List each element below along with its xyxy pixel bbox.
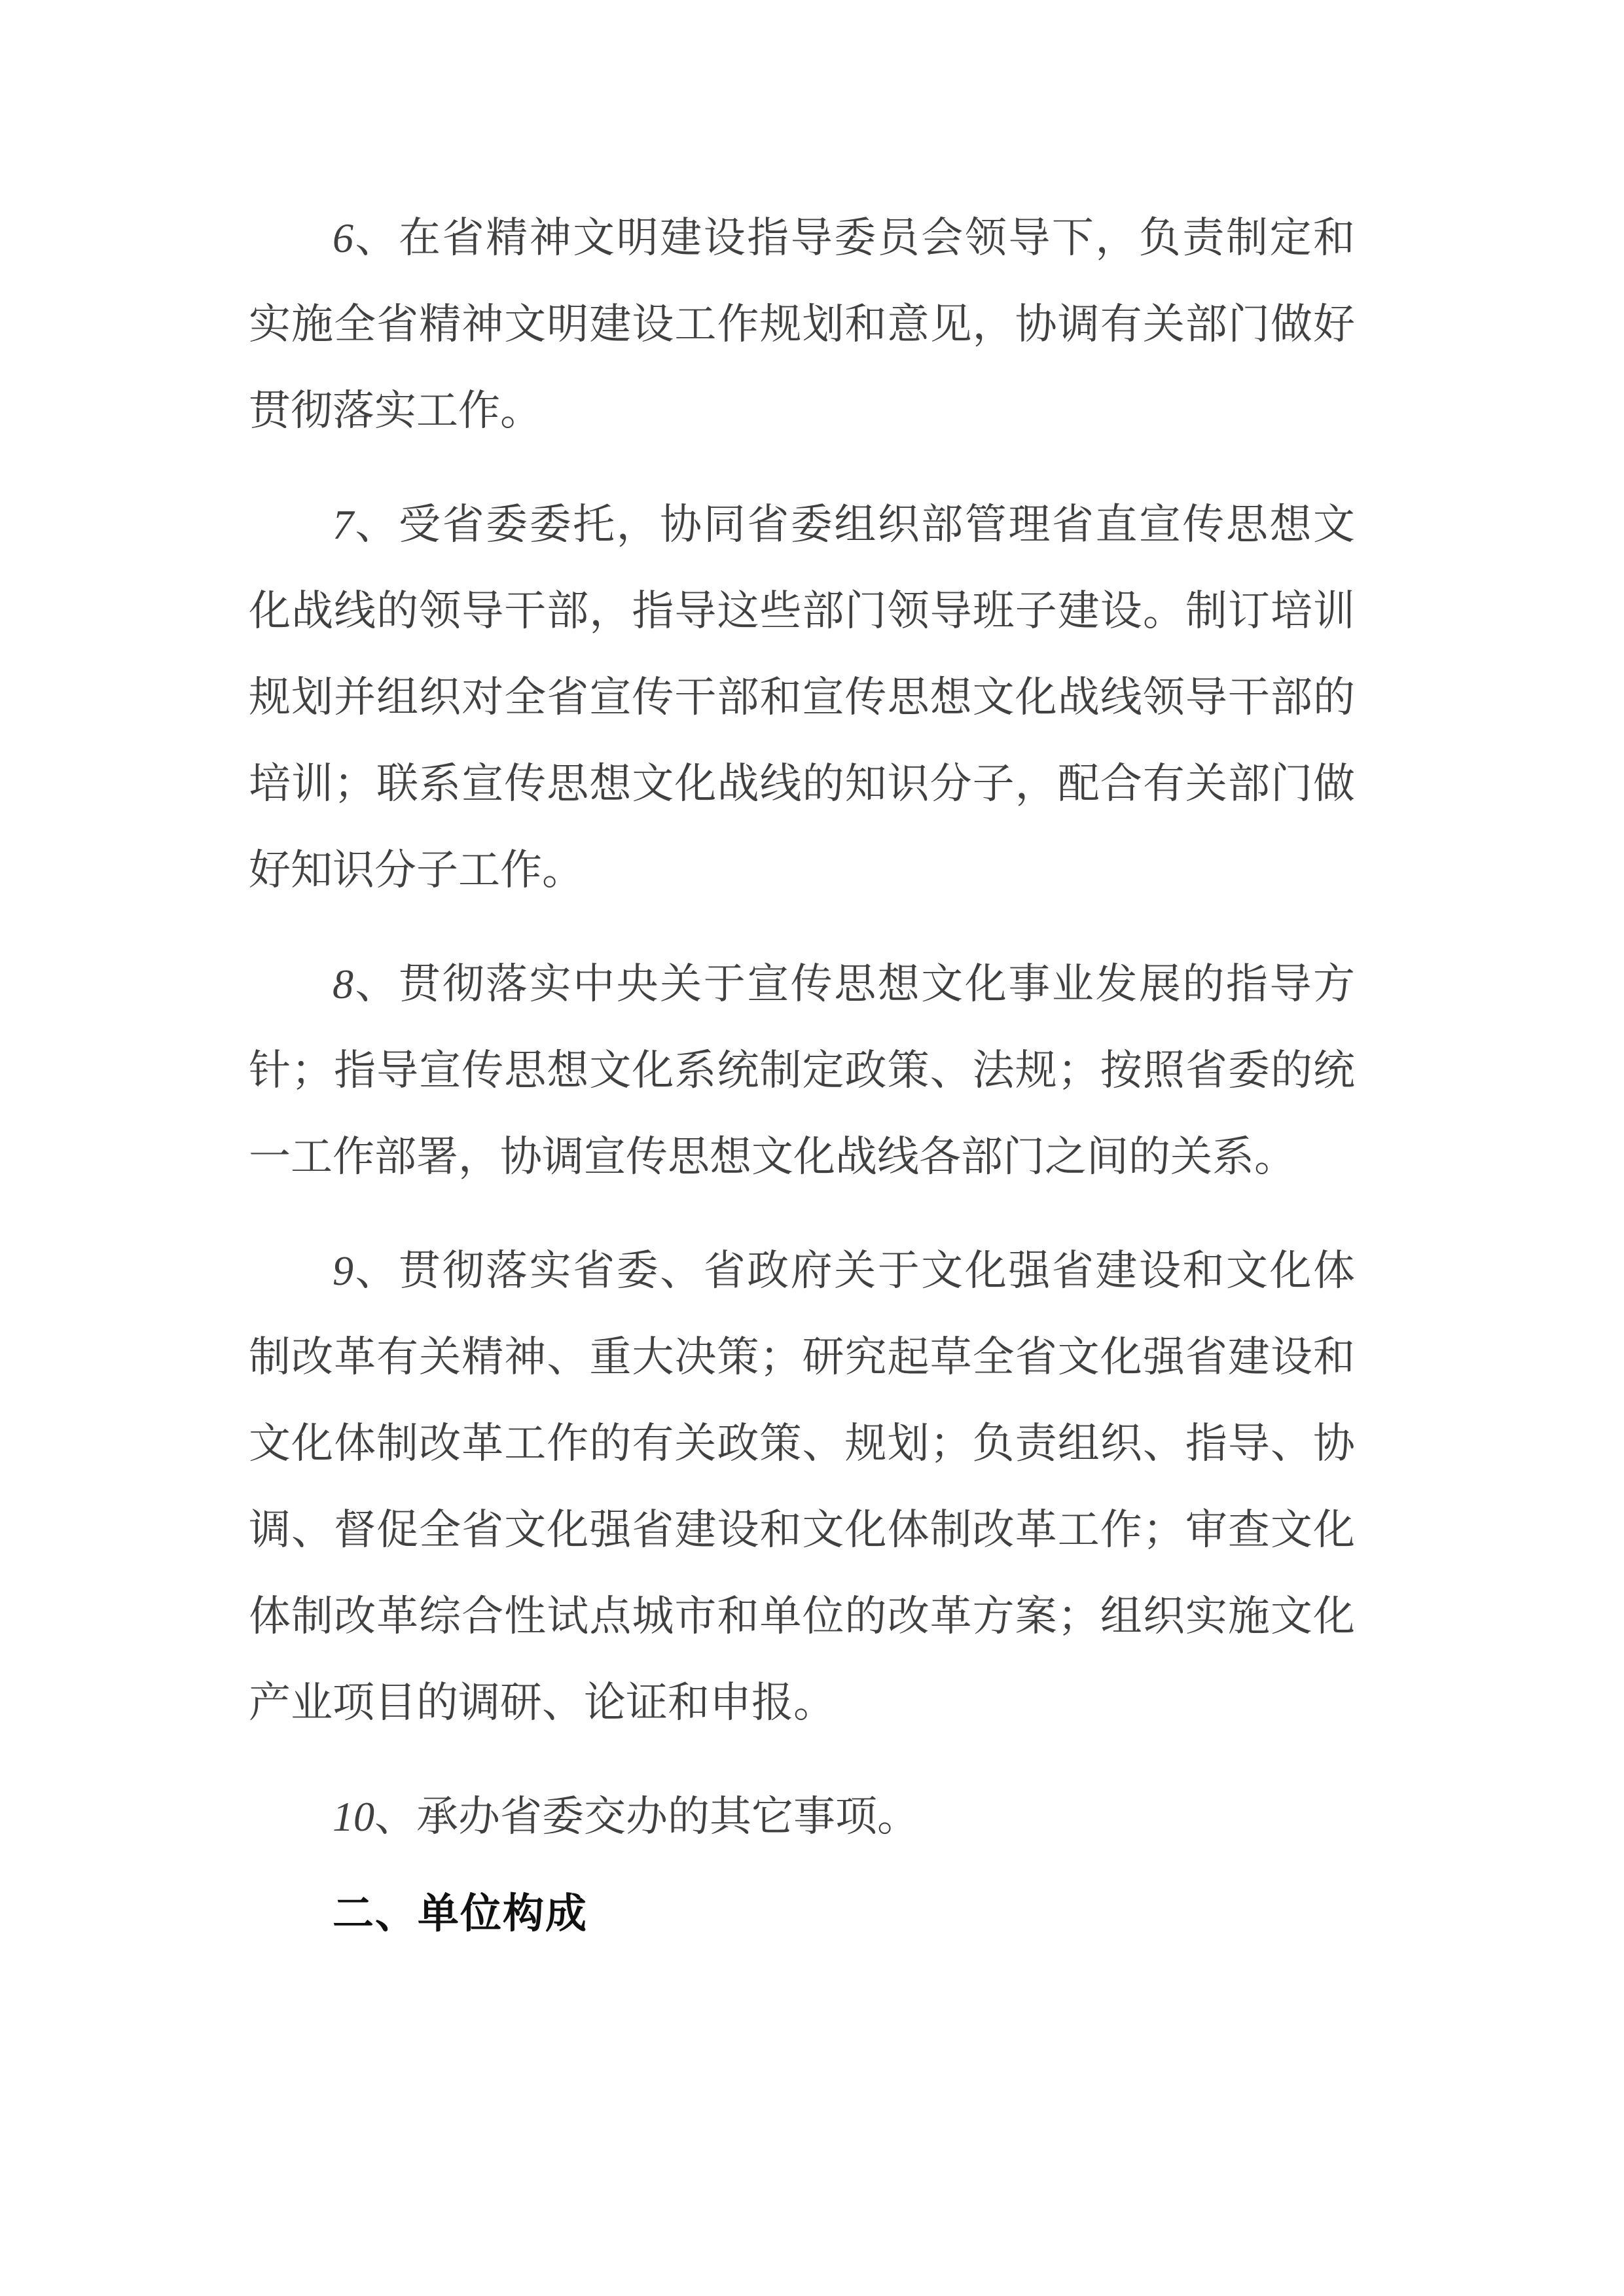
numbered-paragraph-7: 7、受省委委托，协同省委组织部管理省直宣传思想文化战线的领导干部，指导这些部门领… — [249, 482, 1355, 914]
document-page: 6、在省精神文明建设指导委员会领导下，负责制定和实施全省精神文明建设工作规划和意… — [0, 0, 1624, 2296]
numbered-paragraph-9: 9、贯彻落实省委、省政府关于文化强省建设和文化体制改革有关精神、重大决策；研究起… — [249, 1228, 1355, 1746]
section-heading-unit-composition: 二、单位构成 — [249, 1888, 1355, 1940]
numbered-paragraph-6: 6、在省精神文明建设指导委员会领导下，负责制定和实施全省精神文明建设工作规划和意… — [249, 195, 1355, 454]
numbered-paragraph-8: 8、贯彻落实中央关于宣传思想文化事业发展的指导方针；指导宣传思想文化系统制定政策… — [249, 941, 1355, 1200]
numbered-paragraph-10: 10、承办省委交办的其它事项。 — [249, 1774, 1355, 1860]
